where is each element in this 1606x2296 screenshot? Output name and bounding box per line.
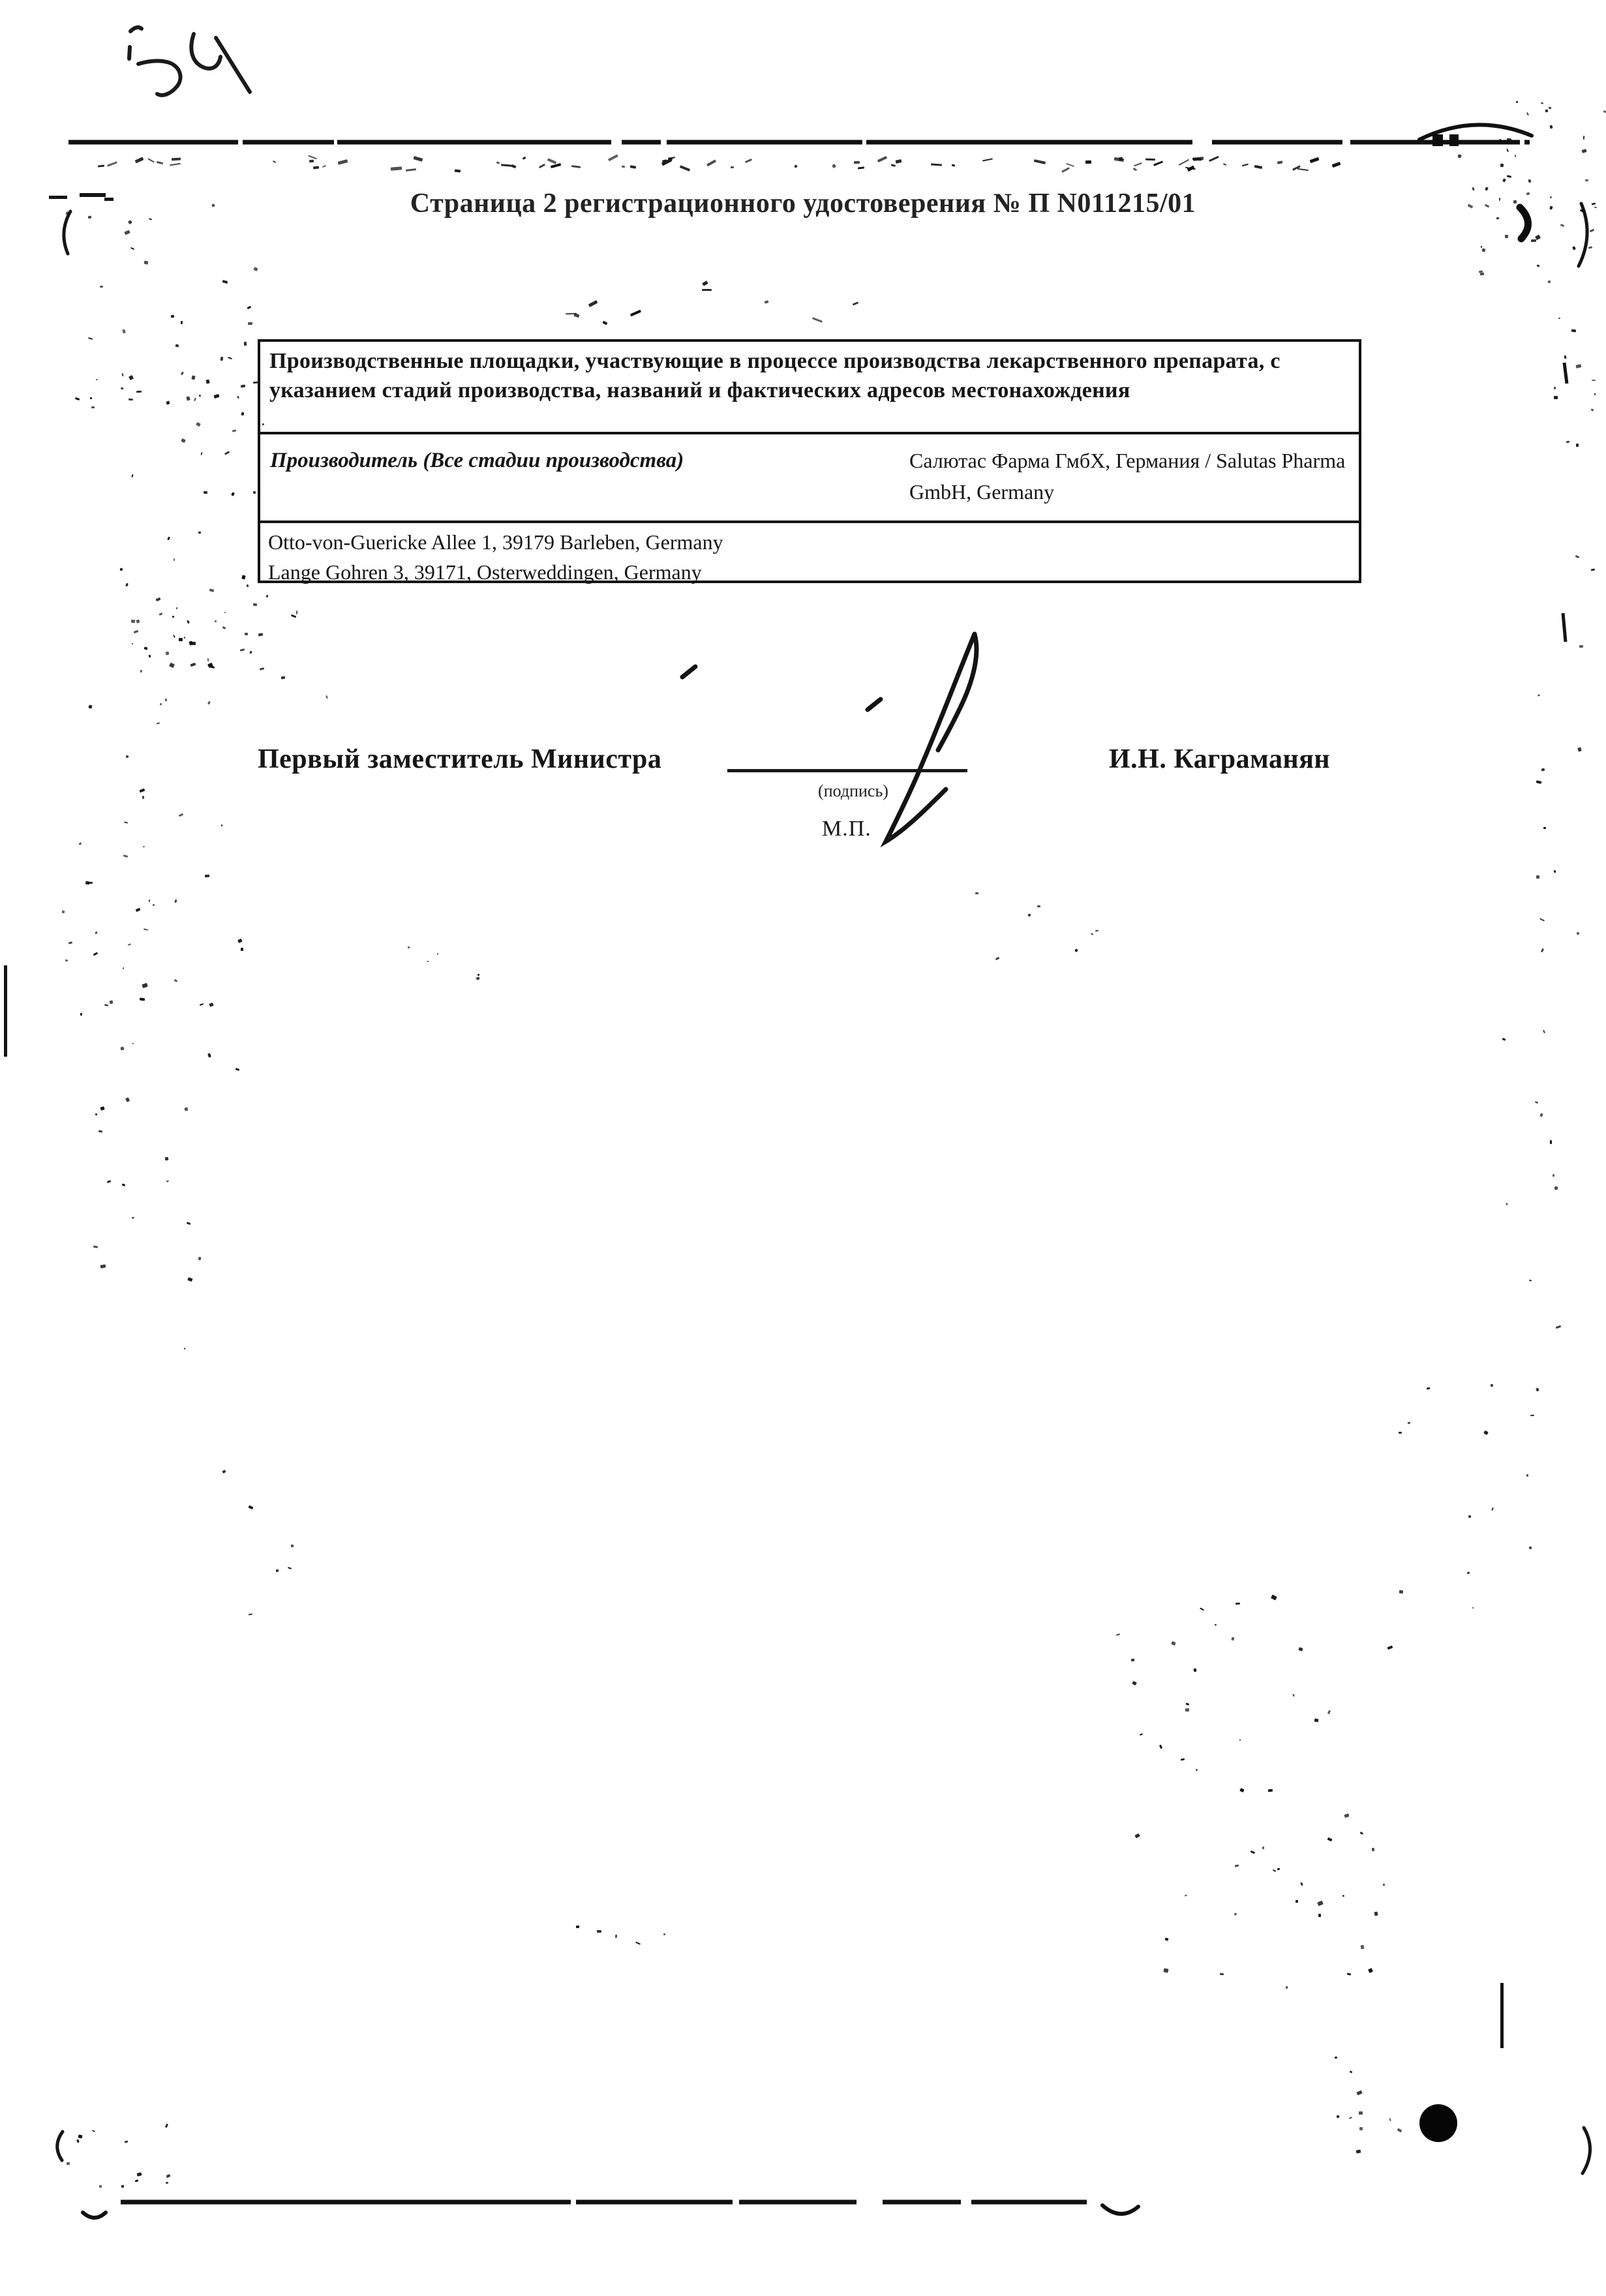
noise-speck [184,636,187,639]
noise-speck [608,155,618,162]
noise-speck [630,165,637,168]
noise-speck [191,642,196,645]
noise-speck [1591,203,1596,206]
noise-speck [1515,155,1516,157]
noise-speck [132,474,134,477]
noise-speck [765,300,769,303]
noise-speck [1361,1945,1365,1949]
scan-blob [1432,134,1443,146]
noise-speck [142,845,145,847]
noise-speck [635,1941,641,1944]
noise-speck [98,164,105,167]
noise-speck [1061,167,1070,173]
noise-speck [1541,768,1545,772]
noise-speck [1592,379,1596,380]
noise-speck [170,162,181,166]
noise-speck [232,430,236,432]
address-line-1: Otto-von-Guericke Allee 1, 39179 Barlebe… [268,527,1338,557]
producer-row: Производитель (Все стадии производства) … [260,434,1359,523]
scan-arc-mark [1419,125,1532,140]
noise-speck [982,158,993,161]
noise-speck [183,1348,185,1350]
noise-speck [1220,1972,1224,1974]
noise-speck [1171,1641,1176,1646]
noise-speck [166,2174,170,2178]
noise-speck [296,610,298,614]
noise-speck [1318,1914,1321,1917]
noise-speck [437,953,439,956]
noise-speck [731,166,734,168]
noise-speck [140,669,143,672]
noise-speck [266,595,269,598]
noise-speck [220,824,222,827]
noise-speck [1543,1030,1545,1033]
noise-speck [172,157,181,160]
scan-bracket-mark [64,211,70,254]
noise-speck [179,638,183,641]
noise-speck [1066,162,1074,167]
noise-speck [1187,166,1194,172]
noise-speck [1502,1038,1506,1041]
noise-speck [702,289,712,291]
noise-speck [107,1180,112,1183]
noise-speck [120,568,123,571]
noise-speck [144,260,148,264]
noise-speck [1545,109,1548,112]
noise-speck [476,977,479,980]
noise-speck [1550,1140,1552,1144]
noise-speck [224,612,226,613]
noise-speck [1298,1647,1303,1651]
noise-speck [1371,1848,1374,1852]
noise-speck [1516,100,1519,103]
noise-speck [1588,246,1593,249]
noise-speck [175,344,179,347]
noise-speck [222,626,226,629]
noise-speck [1272,1869,1276,1873]
noise-speck [149,219,153,221]
noise-speck [952,164,955,167]
noise-speck [1484,204,1489,208]
noise-speck [1528,179,1531,183]
noise-speck [1397,2128,1402,2132]
noise-speck [1549,206,1553,210]
noise-speck [1483,1430,1489,1435]
noise-speck [795,164,798,168]
noise-speck [622,166,626,168]
noise-speck [1490,1384,1493,1387]
noise-speck [126,755,129,758]
noise-speck [1347,1973,1351,1976]
noise-speck [1336,2115,1339,2119]
noise-speck [1499,198,1500,201]
noise-speck [149,654,151,657]
noise-speck [199,1003,203,1006]
noise-speck [253,491,256,494]
noise-speck [1579,645,1583,648]
noise-speck [408,946,410,948]
noise-speck [288,1567,292,1569]
noise-speck [1295,1900,1298,1903]
noise-speck [1195,1768,1198,1771]
noise-speck [156,597,161,601]
noise-speck [88,337,93,340]
scan-curve-mark [1102,2205,1138,2214]
noise-speck [1159,1745,1162,1749]
noise-speck [1241,164,1248,167]
noise-speck [130,620,135,624]
noise-speck [1360,1832,1364,1835]
noise-speck [1553,1174,1554,1177]
noise-speck [1239,1738,1241,1740]
noise-speck [1554,1186,1558,1189]
noise-speck [1496,217,1500,220]
noise-speck [1478,270,1482,273]
noise-speck [1349,2070,1352,2074]
table-header-row: Производственные площадки, участвующие в… [260,342,1359,434]
noise-speck [93,952,98,956]
noise-speck [169,663,175,668]
noise-speck [1387,1645,1393,1650]
noise-speck [130,247,134,250]
noise-speck [896,159,902,164]
seal-placeholder: М.П. [822,817,871,841]
noise-speck [1327,1837,1333,1841]
noise-speck [477,973,479,975]
noise-speck [209,665,214,669]
noise-speck [326,695,328,699]
noise-speck [1181,1759,1185,1761]
noise-speck [180,321,182,324]
noise-speck [62,911,65,913]
noise-speck [167,537,170,541]
noise-speck [200,452,202,455]
address-row: Otto-von-Guericke Allee 1, 39179 Barlebe… [260,523,1359,581]
noise-speck [1585,179,1588,181]
noise-speck [615,1935,618,1939]
noise-speck [100,1264,106,1268]
noise-speck [129,399,133,400]
noise-speck [128,220,132,224]
noise-speck [125,2140,129,2143]
noise-speck [1536,1387,1539,1391]
noise-speck [123,854,128,858]
noise-speck [253,603,258,607]
noise-speck [129,375,134,380]
ink-dot [1419,2104,1457,2142]
noise-speck [96,378,98,380]
scan-bracket-mark [1583,2128,1590,2173]
signer-name: И.Н. Каграманян [1109,744,1330,775]
noise-speck [1583,136,1584,140]
noise-speck [68,941,72,944]
noise-speck [1389,2118,1391,2121]
noise-speck [1594,207,1597,209]
manufacturing-sites-table: Производственные площадки, участвующие в… [258,339,1361,583]
noise-speck [91,2130,95,2132]
noise-speck [227,357,232,359]
noise-speck [1382,1883,1385,1886]
noise-speck [165,699,167,701]
noise-speck [1480,273,1485,275]
noise-speck [77,2139,80,2143]
noise-speck [198,394,201,397]
noise-speck [1250,1850,1255,1854]
noise-speck [100,286,103,288]
noise-speck [98,2184,102,2188]
noise-speck [166,400,170,404]
noise-speck [1576,932,1579,935]
noise-speck [203,491,207,494]
noise-speck [240,649,245,652]
noise-speck [179,813,184,817]
noise-speck [414,156,423,161]
noise-speck [220,357,223,361]
noise-speck [1536,875,1539,879]
noise-speck [1231,1637,1234,1640]
noise-speck [187,1222,191,1225]
noise-speck [496,161,500,164]
noise-speck [213,394,219,399]
noise-speck [144,646,147,650]
noise-speck [322,165,327,168]
noise-speck [1185,1894,1187,1896]
noise-speck [198,532,201,534]
noise-speck [663,1933,666,1936]
scan-dash [4,965,7,1057]
noise-speck [1254,165,1263,169]
noise-speck [1590,569,1595,572]
noise-speck [80,1013,82,1016]
scan-dash [104,198,114,201]
noise-speck [1526,112,1529,116]
noise-speck [1554,396,1558,399]
noise-speck [1499,139,1502,143]
address-line-2: Lange Gohren 3, 39171, Osterweddingen, G… [268,557,1338,587]
noise-speck [391,167,402,171]
noise-speck [1215,1624,1217,1626]
noise-speck [181,438,185,443]
noise-speck [104,1004,109,1006]
noise-speck [1560,224,1564,228]
scan-blob [1520,207,1528,239]
noise-speck [1468,1515,1470,1518]
noise-speck [140,788,145,793]
noise-speck [1543,827,1547,829]
noise-speck [222,1470,226,1474]
address-text: Otto-von-Guericke Allee 1, 39179 Barlebe… [268,527,1338,588]
noise-speck [142,983,147,988]
noise-speck [522,157,525,160]
noise-speck [91,406,95,408]
noise-speck [157,161,163,164]
noise-speck [588,300,597,307]
noise-speck [1579,209,1584,213]
scan-bracket-mark [57,2132,63,2160]
noise-speck [427,961,429,963]
noise-speck [1209,156,1219,162]
noise-speck [107,161,117,166]
scan-dash [1564,363,1567,384]
noise-speck [1297,168,1309,171]
noise-speck [135,908,140,912]
noise-speck [1179,159,1190,166]
noise-speck [172,616,174,618]
scan-dash [49,196,67,199]
noise-speck [1507,149,1509,152]
noise-speck [890,164,895,166]
noise-speck [877,156,887,162]
noise-speck [259,668,264,671]
noise-speck [211,204,215,207]
noise-speck [630,309,641,316]
noise-speck [539,163,545,168]
noise-speck [171,315,175,318]
noise-speck [1356,2150,1361,2154]
noise-speck [1572,246,1575,250]
noise-speck [1507,138,1511,142]
noise-speck [1458,154,1462,159]
noise-speck [205,875,209,878]
noise-speck [121,2184,125,2188]
noise-speck [273,160,276,163]
noise-speck [597,1930,601,1933]
noise-speck [1277,160,1283,164]
noise-speck [1223,163,1226,166]
noise-speck [1116,1633,1121,1636]
noise-speck [551,163,562,168]
noise-speck [1193,1669,1196,1672]
noise-speck [1368,1968,1373,1973]
scan-curve-mark [83,2213,106,2218]
noise-speck [1549,196,1552,199]
noise-speck [166,1180,169,1183]
noise-speck [156,722,159,725]
noise-speck [1581,149,1586,153]
noise-speck [995,957,1000,960]
noise-speck [1575,555,1579,558]
noise-speck [249,1505,254,1509]
noise-speck [1271,1594,1277,1600]
noise-speck [149,899,151,901]
noise-speck [1578,748,1582,752]
noise-speck [209,589,214,593]
noise-speck [547,158,556,164]
noise-speck [1200,1607,1204,1610]
noise-speck [249,1613,253,1615]
noise-speck [132,643,134,645]
noise-speck [1133,167,1137,170]
producer-label: Производитель (Все стадии производства) [270,449,877,473]
noise-speck [1481,248,1485,252]
noise-speck [455,169,461,172]
noise-speck [128,943,132,946]
noise-speck [66,211,71,216]
noise-speck [1506,175,1511,177]
noise-speck [194,398,197,402]
noise-speck [1359,2111,1363,2115]
noise-speck [135,157,144,164]
noise-speck [173,635,175,638]
noise-speck [187,620,190,624]
noise-speck [187,1277,192,1282]
noise-speck [1234,1912,1237,1916]
noise-speck [142,796,144,799]
table-header-text: Производственные площадки, участвующие в… [269,347,1333,406]
signature-line [727,769,967,772]
noise-speck [258,633,263,636]
noise-speck [511,164,517,168]
noise-speck [1536,264,1539,267]
noise-speck [1485,187,1489,191]
noise-speck [1268,1789,1273,1792]
noise-speck [1399,1432,1402,1434]
noise-speck [1548,280,1551,283]
noise-speck [241,948,244,952]
noise-speck [1529,1279,1532,1281]
noise-speck [1566,441,1569,444]
noise-speck [248,322,252,325]
noise-speck [125,1097,130,1102]
noise-speck [1091,933,1094,936]
noise-speck [75,397,80,400]
noise-speck [1535,1101,1538,1104]
noise-speck [250,651,252,654]
noise-speck [1153,160,1163,166]
noise-speck [231,492,235,496]
noise-speck [602,320,607,324]
noise-speck [245,633,248,635]
noise-speck [253,382,258,384]
noise-speck [247,306,252,310]
noise-speck [184,1107,188,1111]
noise-speck [241,412,245,415]
noise-speck [1530,1415,1534,1416]
noise-speck [122,329,126,333]
noise-speck [133,630,138,633]
noise-speck [1235,1603,1241,1605]
noise-speck [132,1216,135,1219]
noise-speck [812,317,823,322]
scan-dash [1563,613,1566,642]
noise-speck [132,1043,134,1045]
noise-speck [95,1113,97,1115]
noise-speck [1145,159,1155,161]
noise-speck [1571,329,1575,332]
noise-speck [576,1926,579,1928]
signature-caption: (подпись) [808,781,899,801]
noise-speck [144,928,148,930]
noise-speck [136,391,142,393]
noise-speck [89,705,93,709]
noise-speck [1558,318,1561,320]
noise-speck [1408,1422,1411,1425]
noise-speck [1327,1710,1331,1715]
page-title: Страница 2 регистрационного удостоверени… [346,188,1260,219]
noise-speck [1134,1834,1140,1838]
noise-speck [832,164,837,168]
noise-speck [1085,160,1091,164]
noise-speck [1491,1507,1494,1511]
noise-speck [1472,187,1475,190]
noise-speck [1576,364,1582,369]
noise-speck [975,892,978,894]
noise-speck [1590,408,1594,412]
signature-ink [682,634,977,841]
noise-speck [159,612,162,616]
noise-speck [1192,158,1201,161]
noise-speck [120,387,124,390]
